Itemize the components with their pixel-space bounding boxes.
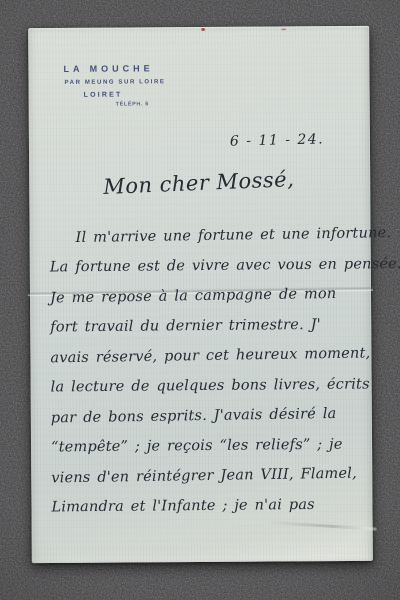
handwritten-line: Je me repose à la campagne de mon xyxy=(50,278,366,313)
letter-body: Il m'arrive une fortune et une infortune… xyxy=(49,220,367,522)
letterhead: LA MOUCHE PAR MEUNG SUR LOIRE LOIRET TÉL… xyxy=(63,63,165,108)
handwritten-line: “tempête” ; je reçois “les reliefs” ; je xyxy=(51,429,367,462)
letterhead-location: PAR MEUNG SUR LOIRE xyxy=(64,79,165,86)
handwritten-line: Limandra et l'Infante ; je n'ai pas xyxy=(51,489,367,522)
photo-of-letter: LA MOUCHE PAR MEUNG SUR LOIRE LOIRET TÉL… xyxy=(0,0,400,600)
letter-date: 6 - 11 - 24. xyxy=(230,131,325,149)
letterhead-telephone: TÉLÉPH. 6 xyxy=(116,101,166,107)
red-speck xyxy=(201,28,205,31)
handwritten-line: avais réservé, pour cet heureux moment, xyxy=(50,338,366,373)
handwritten-line: La fortune est de vivre avec vous en pen… xyxy=(50,249,366,282)
letterhead-company: LA MOUCHE xyxy=(63,63,165,74)
red-speck xyxy=(281,28,286,30)
letter-paper: LA MOUCHE PAR MEUNG SUR LOIRE LOIRET TÉL… xyxy=(28,26,373,563)
handwritten-line: fort travail du dernier trimestre. J' xyxy=(50,309,366,342)
letterhead-department: LOIRET xyxy=(84,91,166,99)
handwritten-line: viens d'en réintégrer Jean VIII, Flamel, xyxy=(51,458,367,493)
handwritten-line: par de bons esprits. J'avais désiré la xyxy=(51,398,367,433)
handwritten-line: la lecture de quelques bons livres, écri… xyxy=(51,369,367,402)
handwritten-line: Il m'arrive une fortune et une infortune… xyxy=(49,218,365,253)
